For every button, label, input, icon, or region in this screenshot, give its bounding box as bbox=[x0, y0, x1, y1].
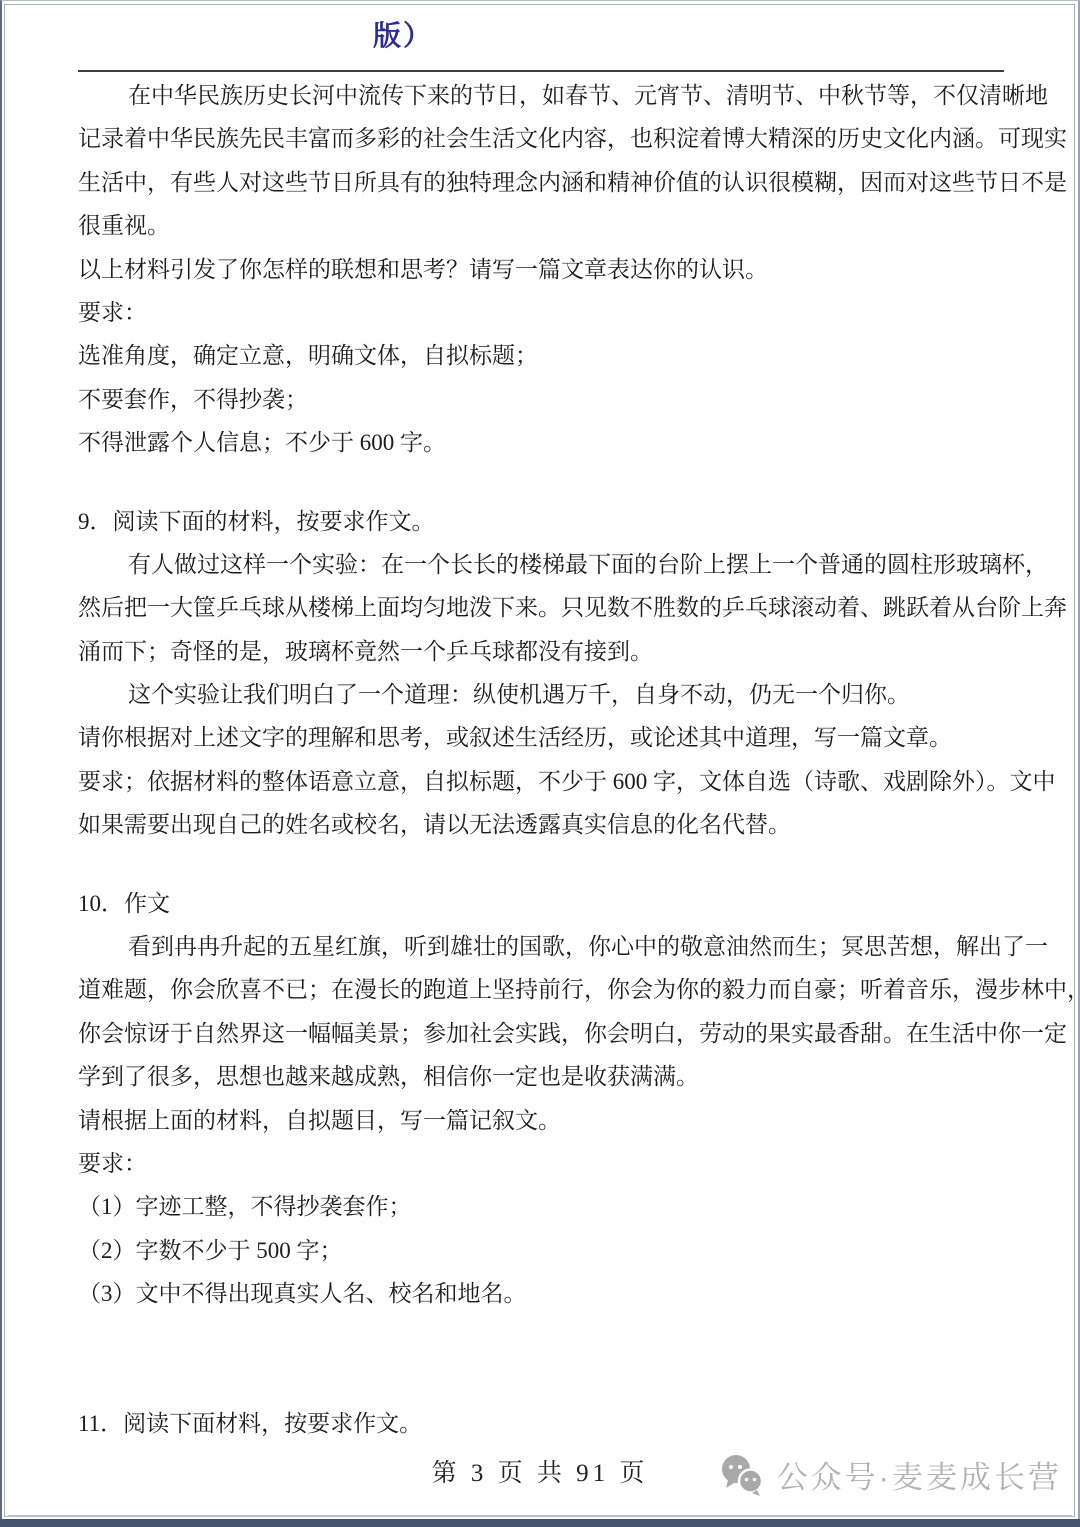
watermark-text: 公众号·麦麦成长营 bbox=[777, 1452, 1062, 1497]
paragraph-line: 你会惊讶于自然界这一幅幅美景；参加社会实践，你会明白，劳动的果实最香甜。在生活中… bbox=[78, 1012, 1006, 1055]
requirement-item: （1）字迹工整，不得抄袭套作； bbox=[78, 1185, 1006, 1228]
requirement-item: （2）字数不少于 500 字； bbox=[78, 1229, 1006, 1272]
document-body: 在中华民族历史长河中流传下来的节日，如春节、元宵节、清明节、中秋节等，不仅清晰地… bbox=[78, 74, 1006, 1445]
paragraph-line: 在中华民族历史长河中流传下来的节日，如春节、元宵节、清明节、中秋节等，不仅清晰地 bbox=[78, 74, 1006, 117]
requirements-label: 要求： bbox=[78, 291, 1006, 334]
document-page: 版） 在中华民族历史长河中流传下来的节日，如春节、元宵节、清明节、中秋节等，不仅… bbox=[0, 0, 1080, 1527]
bottom-divider bbox=[8, 1515, 1072, 1517]
paragraph-line: 很重视。 bbox=[78, 204, 1006, 247]
requirement-item: 如果需要出现自己的姓名或校名，请以无法透露真实信息的化名代替。 bbox=[78, 803, 1006, 846]
paragraph-line: 道难题，你会欣喜不已；在漫长的跑道上坚持前行，你会为你的毅力而自豪；听着音乐，漫… bbox=[78, 968, 1006, 1011]
requirement-item: 选准角度，确定立意，明确文体，自拟标题； bbox=[78, 334, 1006, 377]
paragraph-line: 生活中，有些人对这些节日所具有的独特理念内涵和精神价值的认识很模糊，因而对这些节… bbox=[78, 161, 1006, 204]
paragraph-line: 看到冉冉升起的五星红旗，听到雄壮的国歌，你心中的敬意油然而生；冥思苦想，解出了一 bbox=[78, 925, 1006, 968]
question-11-heading: 11．阅读下面材料，按要求作文。 bbox=[78, 1402, 1006, 1445]
watermark: 公众号·麦麦成长营 bbox=[719, 1452, 1062, 1497]
requirement-item: 要求；依据材料的整体语意立意，自拟标题，不少于 600 字，文体自选（诗歌、戏剧… bbox=[78, 760, 1006, 803]
paragraph-line: 有人做过这样一个实验：在一个长长的楼梯最下面的台阶上摆上一个普通的圆柱形玻璃杯， bbox=[78, 543, 1006, 586]
paragraph-line: 请你根据对上述文字的理解和思考，或叙述生活经历，或论述其中道理，写一篇文章。 bbox=[78, 716, 1006, 759]
question-10-heading: 10．作文 bbox=[78, 882, 1006, 925]
paragraph-line: 涌而下；奇怪的是，玻璃杯竟然一个乒乓球都没有接到。 bbox=[78, 630, 1006, 673]
bottom-bar bbox=[0, 1519, 1080, 1527]
requirement-item: （3）文中不得出现真实人名、校名和地名。 bbox=[78, 1272, 1006, 1315]
wechat-icon bbox=[719, 1454, 765, 1496]
requirement-item: 不要套作，不得抄袭； bbox=[78, 378, 1006, 421]
paragraph-line: 以上材料引发了你怎样的联想和思考？请写一篇文章表达你的认识。 bbox=[78, 248, 1006, 291]
paragraph-line: 记录着中华民族先民丰富而多彩的社会生活文化内容，也积淀着博大精深的历史文化内涵。… bbox=[78, 117, 1006, 160]
requirements-label: 要求： bbox=[78, 1142, 1006, 1185]
paragraph-line: 然后把一大筐乒乓球从楼梯上面均匀地泼下来。只见数不胜数的乒乓球滚动着、跳跃着从台… bbox=[78, 586, 1006, 629]
header-divider bbox=[78, 70, 1004, 72]
paragraph-line: 学到了很多，思想也越来越成熟，相信你一定也是收获满满。 bbox=[78, 1055, 1006, 1098]
paragraph-line: 这个实验让我们明白了一个道理：纵使机遇万千，自身不动，仍无一个归你。 bbox=[78, 673, 1006, 716]
paragraph-line: 请根据上面的材料，自拟题目，写一篇记叙文。 bbox=[78, 1099, 1006, 1142]
question-9-heading: 9．阅读下面的材料，按要求作文。 bbox=[78, 500, 1006, 543]
page-header-title: 版） bbox=[373, 14, 433, 54]
requirement-item: 不得泄露个人信息；不少于 600 字。 bbox=[78, 421, 1006, 464]
